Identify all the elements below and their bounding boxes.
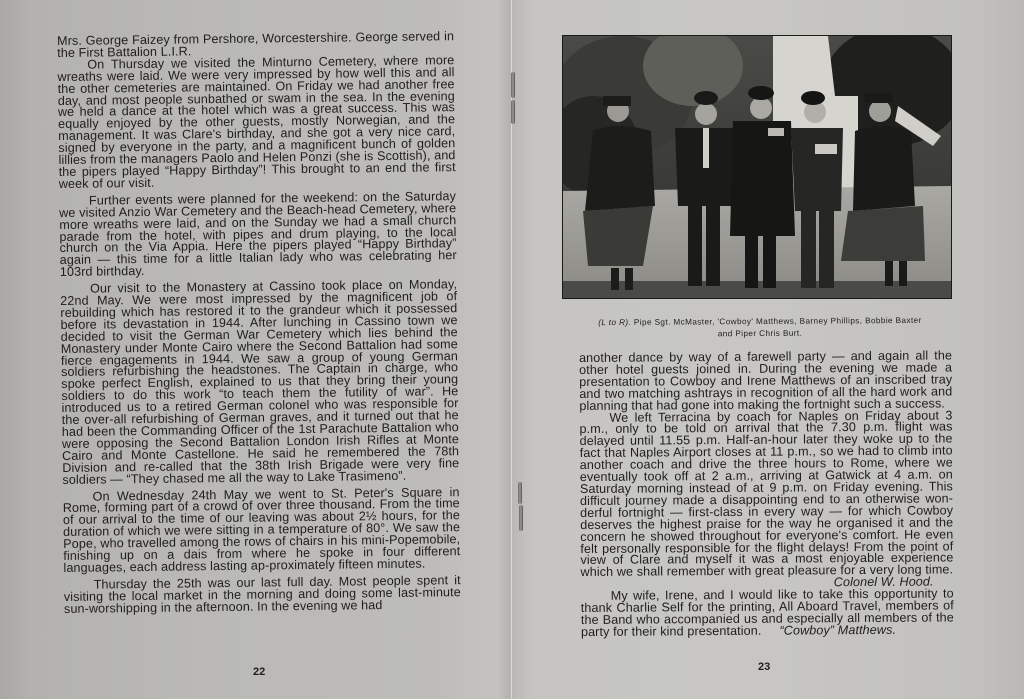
paragraph: On Thursday we visited the Minturno Ceme… (57, 55, 456, 191)
left-page-body: Mrs. George Faizey from Pershore, Worces… (57, 31, 461, 615)
paragraph: On Wednesday 24th May we went to St. Pet… (63, 487, 461, 575)
paragraph: Thursday the 25th was our last full day.… (64, 575, 461, 616)
staple-bottom (518, 482, 522, 504)
caption-prefix: (L to R). (598, 318, 631, 327)
page-number-right: 23 (758, 661, 770, 673)
staple-bottom-lower (519, 505, 523, 531)
page-number-left: 22 (253, 666, 265, 678)
caption-text: Pipe Sgt. McMaster, 'Cowboy' Matthews, B… (634, 316, 922, 338)
right-page-body: another dance by way of a farewell party… (579, 350, 954, 638)
paragraph: another dance by way of a farewell party… (579, 350, 952, 412)
staple-top-lower (511, 100, 515, 124)
paragraph: We left Terracina by coach for Naples on… (579, 410, 953, 579)
signature-cowboy-matthews: “Cowboy” Matthews. (779, 623, 896, 638)
photo-caption: (L to R). Pipe Sgt. McMaster, 'Cowboy' M… (590, 315, 930, 341)
staple-top (511, 72, 515, 98)
paragraph: Further events were planned for the week… (59, 191, 457, 279)
paragraph: Our visit to the Monastery at Cassino to… (60, 279, 459, 486)
group-photo (562, 35, 952, 299)
closing-paragraph: My wife, Irene, and I would like to take… (581, 589, 954, 639)
closing-text: My wife, Irene, and I would like to take… (581, 587, 954, 639)
